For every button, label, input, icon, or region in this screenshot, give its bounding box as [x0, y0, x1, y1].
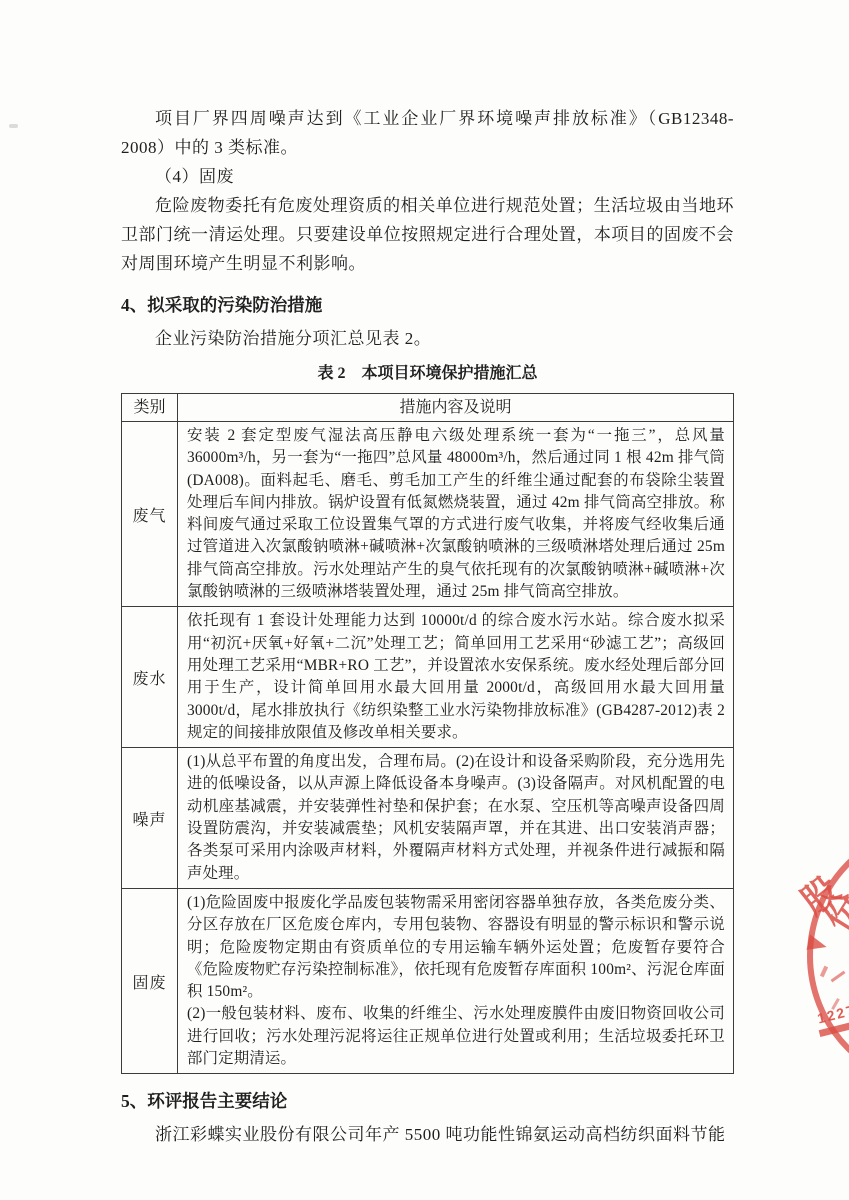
paragraph-solid-waste: 危险废物委托有危废处理资质的相关单位进行规范处置；生活垃圾由当地环卫部门统一清运…: [121, 191, 734, 278]
row-category-label: 废气: [122, 422, 178, 607]
stamp-ring: [807, 822, 849, 1090]
section5-heading: 5、环评报告主要结论: [121, 1087, 734, 1116]
table-row-noise: 噪声 (1)从总平布置的角度出发，合理布局。(2)在设计和设备采购阶段，充分选用…: [122, 748, 734, 889]
page-content: 项目厂界四周噪声达到《工业企业厂界环境噪声排放标准》（GB12348-2008）…: [121, 104, 734, 1149]
table-caption: 表 2 本项目环境保护措施汇总: [121, 362, 734, 386]
table-row-waste-water: 废水 依托现有 1 套设计处理能力达到 10000t/d 的综合废水污水站。综合…: [122, 607, 734, 748]
row-content-text: (1)从总平布置的角度出发，合理布局。(2)在设计和设备采购阶段，充分选用先进的…: [178, 748, 733, 888]
column-header-content: 措施内容及说明: [178, 394, 734, 422]
row-category-label: 噪声: [122, 748, 178, 889]
scan-artifact: [9, 124, 18, 128]
column-header-category: 类别: [122, 394, 178, 422]
section4-heading: 4、拟采取的污染防治措施: [121, 291, 734, 320]
section4-intro: 企业污染防治措施分项汇总见表 2。: [121, 324, 734, 353]
table-row-waste-gas: 废气 安装 2 套定型废气湿法高压静电六级处理系统一套为“一拖三”，总风量 36…: [122, 422, 734, 607]
paragraph-item4-label: （4）固废: [121, 162, 734, 191]
row-content-text: 依托现有 1 套设计处理能力达到 10000t/d 的综合废水污水站。综合废水拟…: [178, 607, 733, 747]
row-content-text: (1)危险固废中报废化学品废包装物需采用密闭容器单独存放，各类危废分类、分区存放…: [178, 889, 733, 1073]
measures-table: 类别 措施内容及说明 废气 安装 2 套定型废气湿法高压静电六级处理系统一套为“…: [121, 393, 734, 1074]
row-category-label: 废水: [122, 607, 178, 748]
table-row-solid-waste: 固废 (1)危险固废中报废化学品废包装物需采用密闭容器单独存放，各类危废分类、分…: [122, 888, 734, 1073]
section5-paragraph: 浙江彩蝶实业股份有限公司年产 5500 吨功能性锦氨运动高档纺织面料节能: [121, 1120, 734, 1149]
document-page: 项目厂界四周噪声达到《工业企业厂界环境噪声排放标准》（GB12348-2008）…: [0, 0, 849, 1200]
table-header-row: 类别 措施内容及说明: [122, 394, 734, 422]
row-content-text: 安装 2 套定型废气湿法高压静电六级处理系统一套为“一拖三”，总风量 36000…: [178, 422, 733, 606]
row-category-label: 固废: [122, 888, 178, 1073]
paragraph-noise-standard: 项目厂界四周噪声达到《工业企业厂界环境噪声排放标准》（GB12348-2008）…: [121, 104, 734, 162]
